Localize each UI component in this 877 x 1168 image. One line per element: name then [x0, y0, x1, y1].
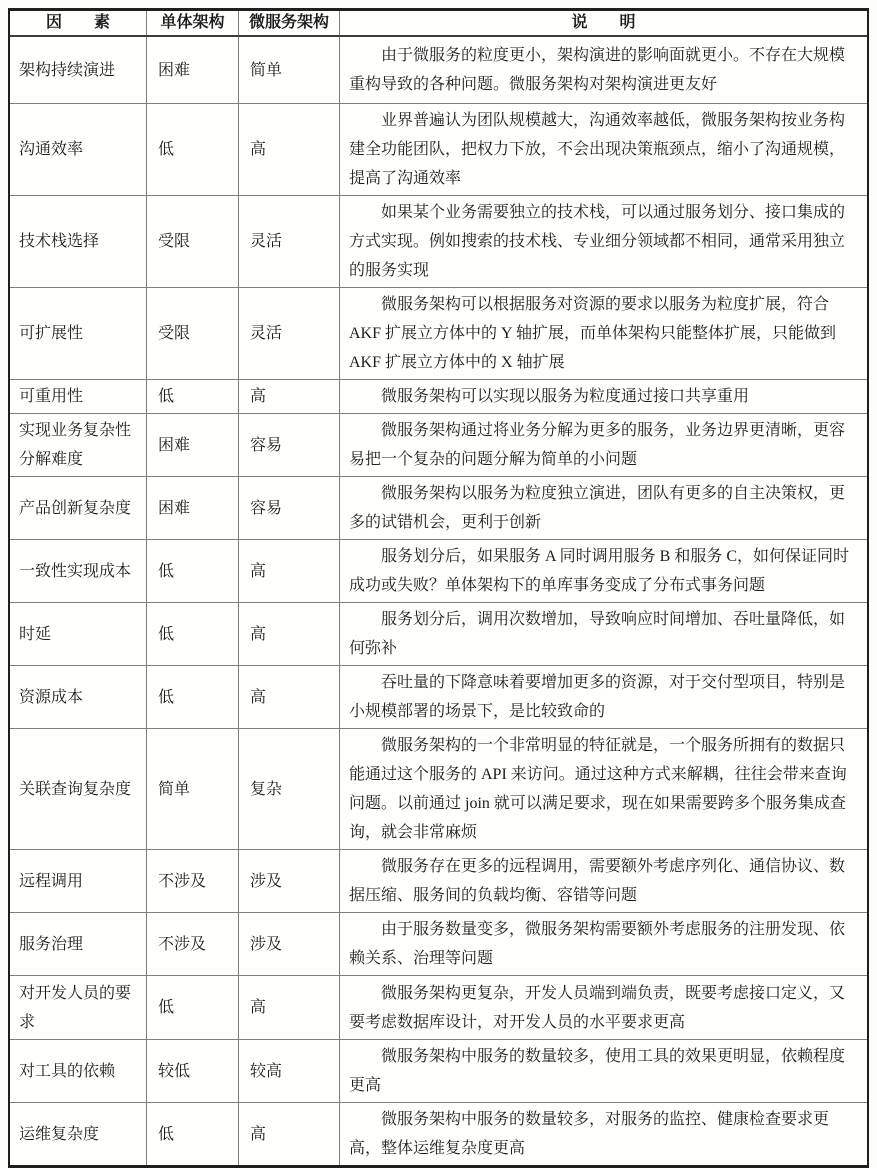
table-row: 对开发人员的要求 低 高 微服务架构更复杂，开发人员端到端负责，既要考虑接口定义…	[10, 976, 867, 1040]
microservice-cell: 简单	[239, 37, 340, 103]
description-cell: 微服务存在更多的远程调用，需要额外考虑序列化、通信协议、数据压缩、服务间的负载均…	[340, 850, 867, 912]
table-row: 沟通效率 低 高 业界普遍认为团队规模越大，沟通效率越低，微服务架构按业务构建全…	[10, 104, 867, 196]
microservice-cell: 高	[239, 666, 340, 728]
description-cell: 微服务架构可以根据服务对资源的要求以服务为粒度扩展，符合 AKF 扩展立方体中的…	[340, 288, 867, 379]
description-cell: 业界普遍认为团队规模越大，沟通效率越低，微服务架构按业务构建全功能团队，把权力下…	[340, 104, 867, 195]
description-cell: 服务划分后，如果服务 A 同时调用服务 B 和服务 C，如何保证同时成功或失败？…	[340, 540, 867, 602]
monolith-cell: 低	[147, 666, 239, 728]
factor-cell: 时延	[10, 603, 147, 665]
microservice-cell: 容易	[239, 414, 340, 476]
header-microservice-label: 微服务架构	[249, 12, 329, 34]
description-text: 业界普遍认为团队规模越大，沟通效率越低，微服务架构按业务构建全功能团队，把权力下…	[349, 106, 859, 193]
table-row: 运维复杂度 低 高 微服务架构中服务的数量较多，对服务的监控、健康检查要求更高，…	[10, 1103, 867, 1165]
factor-label: 沟通效率	[19, 135, 142, 164]
table-row: 技术栈选择 受限 灵活 如果某个业务需要独立的技术栈，可以通过服务划分、接口集成…	[10, 196, 867, 288]
monolith-value: 不涉及	[158, 867, 234, 896]
microservice-cell: 涉及	[239, 913, 340, 975]
monolith-cell: 困难	[147, 414, 239, 476]
header-cell-description: 说 明	[340, 11, 867, 35]
description-cell: 微服务架构以服务为粒度独立演进，团队有更多的自主决策权，更多的试错机会，更利于创…	[340, 477, 867, 539]
table-row: 服务治理 不涉及 涉及 由于服务数量变多，微服务架构需要额外考虑服务的注册发现、…	[10, 913, 867, 976]
microservice-value: 高	[250, 1120, 335, 1149]
header-cell-microservice: 微服务架构	[239, 11, 340, 35]
monolith-cell: 困难	[147, 37, 239, 103]
description-text: 微服务架构以服务为粒度独立演进，团队有更多的自主决策权，更多的试错机会，更利于创…	[349, 479, 859, 537]
microservice-value: 涉及	[250, 930, 335, 959]
microservice-value: 容易	[250, 494, 335, 523]
microservice-value: 容易	[250, 431, 335, 460]
description-text: 微服务架构通过将业务分解为更多的服务，业务边界更清晰，更容易把一个复杂的问题分解…	[349, 416, 859, 474]
description-text: 由于微服务的粒度更小，架构演进的影响面就更小。不存在大规模重构导致的各种问题。微…	[349, 41, 859, 99]
monolith-value: 低	[158, 620, 234, 649]
microservice-cell: 高	[239, 380, 340, 413]
microservice-value: 高	[250, 993, 335, 1022]
monolith-value: 困难	[158, 494, 234, 523]
description-text: 微服务存在更多的远程调用，需要额外考虑序列化、通信协议、数据压缩、服务间的负载均…	[349, 852, 859, 910]
description-text: 由于服务数量变多，微服务架构需要额外考虑服务的注册发现、依赖关系、治理等问题	[349, 915, 859, 973]
monolith-value: 简单	[158, 775, 234, 804]
factor-label: 远程调用	[19, 867, 142, 896]
monolith-cell: 低	[147, 603, 239, 665]
factor-cell: 实现业务复杂性分解难度	[10, 414, 147, 476]
factor-label: 架构持续演进	[19, 56, 142, 85]
table-row: 实现业务复杂性分解难度 困难 容易 微服务架构通过将业务分解为更多的服务，业务边…	[10, 414, 867, 477]
description-text: 如果某个业务需要独立的技术栈，可以通过服务划分、接口集成的方式实现。例如搜索的技…	[349, 198, 859, 285]
factor-cell: 对工具的依赖	[10, 1040, 147, 1102]
description-cell: 如果某个业务需要独立的技术栈，可以通过服务划分、接口集成的方式实现。例如搜索的技…	[340, 196, 867, 287]
microservice-cell: 高	[239, 976, 340, 1039]
monolith-cell: 低	[147, 976, 239, 1039]
factor-label: 可重用性	[19, 382, 142, 411]
factor-label: 对开发人员的要求	[19, 979, 142, 1037]
microservice-value: 高	[250, 557, 335, 586]
factor-cell: 技术栈选择	[10, 196, 147, 287]
microservice-cell: 灵活	[239, 196, 340, 287]
factor-cell: 架构持续演进	[10, 37, 147, 103]
monolith-value: 较低	[158, 1057, 234, 1086]
microservice-value: 高	[250, 683, 335, 712]
factor-cell: 服务治理	[10, 913, 147, 975]
monolith-cell: 低	[147, 380, 239, 413]
description-cell: 由于服务数量变多，微服务架构需要额外考虑服务的注册发现、依赖关系、治理等问题	[340, 913, 867, 975]
factor-label: 资源成本	[19, 683, 142, 712]
monolith-value: 低	[158, 557, 234, 586]
header-factor-label: 因 素	[46, 12, 110, 34]
factor-cell: 远程调用	[10, 850, 147, 912]
description-text: 微服务架构更复杂，开发人员端到端负责，既要考虑接口定义，又要考虑数据库设计，对开…	[349, 979, 859, 1037]
factor-cell: 可扩展性	[10, 288, 147, 379]
microservice-value: 灵活	[250, 319, 335, 348]
architecture-comparison-table: 因 素 单体架构 微服务架构 说 明 架构持续演进 困难 简单 由于微服务的粒度…	[8, 8, 869, 1168]
factor-label: 实现业务复杂性分解难度	[19, 416, 142, 474]
document-page: 因 素 单体架构 微服务架构 说 明 架构持续演进 困难 简单 由于微服务的粒度…	[0, 0, 877, 1022]
description-text: 服务划分后，调用次数增加，导致响应时间增加、吞吐量降低，如何弥补	[349, 605, 859, 663]
monolith-cell: 较低	[147, 1040, 239, 1102]
microservice-cell: 高	[239, 603, 340, 665]
monolith-value: 困难	[158, 56, 234, 85]
microservice-cell: 高	[239, 1103, 340, 1165]
table-row: 对工具的依赖 较低 较高 微服务架构中服务的数量较多，使用工具的效果更明显，依赖…	[10, 1040, 867, 1103]
factor-label: 对工具的依赖	[19, 1057, 142, 1086]
factor-label: 运维复杂度	[19, 1120, 142, 1149]
description-text: 微服务架构中服务的数量较多，使用工具的效果更明显，依赖程度更高	[349, 1042, 859, 1100]
microservice-cell: 高	[239, 540, 340, 602]
monolith-value: 受限	[158, 319, 234, 348]
monolith-value: 受限	[158, 227, 234, 256]
description-text: 微服务架构可以根据服务对资源的要求以服务为粒度扩展，符合 AKF 扩展立方体中的…	[349, 290, 859, 377]
description-cell: 吞吐量的下降意味着要增加更多的资源，对于交付型项目，特别是小规模部署的场景下，是…	[340, 666, 867, 728]
monolith-cell: 困难	[147, 477, 239, 539]
microservice-value: 高	[250, 382, 335, 411]
description-cell: 微服务架构通过将业务分解为更多的服务，业务边界更清晰，更容易把一个复杂的问题分解…	[340, 414, 867, 476]
table-row: 时延 低 高 服务划分后，调用次数增加，导致响应时间增加、吞吐量降低，如何弥补	[10, 603, 867, 666]
description-cell: 服务划分后，调用次数增加，导致响应时间增加、吞吐量降低，如何弥补	[340, 603, 867, 665]
monolith-value: 低	[158, 993, 234, 1022]
factor-cell: 资源成本	[10, 666, 147, 728]
factor-label: 技术栈选择	[19, 227, 142, 256]
factor-cell: 关联查询复杂度	[10, 729, 147, 849]
monolith-cell: 简单	[147, 729, 239, 849]
monolith-cell: 不涉及	[147, 913, 239, 975]
table-header-row: 因 素 单体架构 微服务架构 说 明	[10, 11, 867, 37]
table-row: 关联查询复杂度 简单 复杂 微服务架构的一个非常明显的特征就是，一个服务所拥有的…	[10, 729, 867, 850]
table-row: 一致性实现成本 低 高 服务划分后，如果服务 A 同时调用服务 B 和服务 C，…	[10, 540, 867, 603]
description-cell: 微服务架构可以实现以服务为粒度通过接口共享重用	[340, 380, 867, 413]
microservice-value: 涉及	[250, 867, 335, 896]
monolith-value: 低	[158, 135, 234, 164]
monolith-cell: 受限	[147, 288, 239, 379]
description-text: 微服务架构可以实现以服务为粒度通过接口共享重用	[349, 382, 859, 411]
monolith-value: 困难	[158, 431, 234, 460]
description-text: 微服务架构中服务的数量较多，对服务的监控、健康检查要求更高，整体运维复杂度更高	[349, 1105, 859, 1163]
description-cell: 微服务架构的一个非常明显的特征就是，一个服务所拥有的数据只能通过这个服务的 AP…	[340, 729, 867, 849]
description-cell: 微服务架构中服务的数量较多，使用工具的效果更明显，依赖程度更高	[340, 1040, 867, 1102]
monolith-value: 低	[158, 683, 234, 712]
monolith-cell: 低	[147, 1103, 239, 1165]
description-cell: 微服务架构中服务的数量较多，对服务的监控、健康检查要求更高，整体运维复杂度更高	[340, 1103, 867, 1165]
description-cell: 微服务架构更复杂，开发人员端到端负责，既要考虑接口定义，又要考虑数据库设计，对开…	[340, 976, 867, 1039]
microservice-value: 复杂	[250, 775, 335, 804]
table-row: 资源成本 低 高 吞吐量的下降意味着要增加更多的资源，对于交付型项目，特别是小规…	[10, 666, 867, 729]
monolith-value: 低	[158, 1120, 234, 1149]
factor-label: 一致性实现成本	[19, 557, 142, 586]
factor-label: 关联查询复杂度	[19, 775, 142, 804]
microservice-cell: 复杂	[239, 729, 340, 849]
monolith-cell: 低	[147, 104, 239, 195]
microservice-cell: 容易	[239, 477, 340, 539]
factor-cell: 对开发人员的要求	[10, 976, 147, 1039]
factor-cell: 运维复杂度	[10, 1103, 147, 1165]
description-text: 吞吐量的下降意味着要增加更多的资源，对于交付型项目，特别是小规模部署的场景下，是…	[349, 668, 859, 726]
factor-cell: 沟通效率	[10, 104, 147, 195]
microservice-cell: 涉及	[239, 850, 340, 912]
table-row: 可重用性 低 高 微服务架构可以实现以服务为粒度通过接口共享重用	[10, 380, 867, 414]
microservice-value: 灵活	[250, 227, 335, 256]
header-cell-factor: 因 素	[10, 11, 147, 35]
table-row: 架构持续演进 困难 简单 由于微服务的粒度更小，架构演进的影响面就更小。不存在大…	[10, 37, 867, 104]
microservice-value: 简单	[250, 56, 335, 85]
factor-label: 服务治理	[19, 930, 142, 959]
monolith-cell: 受限	[147, 196, 239, 287]
factor-cell: 一致性实现成本	[10, 540, 147, 602]
microservice-cell: 灵活	[239, 288, 340, 379]
table-row: 远程调用 不涉及 涉及 微服务存在更多的远程调用，需要额外考虑序列化、通信协议、…	[10, 850, 867, 913]
monolith-cell: 低	[147, 540, 239, 602]
factor-label: 可扩展性	[19, 319, 142, 348]
table-row: 可扩展性 受限 灵活 微服务架构可以根据服务对资源的要求以服务为粒度扩展，符合 …	[10, 288, 867, 380]
factor-cell: 产品创新复杂度	[10, 477, 147, 539]
table-row: 产品创新复杂度 困难 容易 微服务架构以服务为粒度独立演进，团队有更多的自主决策…	[10, 477, 867, 540]
factor-label: 产品创新复杂度	[19, 494, 142, 523]
header-cell-monolith: 单体架构	[147, 11, 239, 35]
monolith-value: 低	[158, 382, 234, 411]
microservice-value: 高	[250, 135, 335, 164]
description-cell: 由于微服务的粒度更小，架构演进的影响面就更小。不存在大规模重构导致的各种问题。微…	[340, 37, 867, 103]
factor-cell: 可重用性	[10, 380, 147, 413]
microservice-cell: 较高	[239, 1040, 340, 1102]
monolith-cell: 不涉及	[147, 850, 239, 912]
header-description-label: 说 明	[571, 12, 635, 34]
factor-label: 时延	[19, 620, 142, 649]
microservice-value: 较高	[250, 1057, 335, 1086]
description-text: 服务划分后，如果服务 A 同时调用服务 B 和服务 C，如何保证同时成功或失败？…	[349, 542, 859, 600]
monolith-value: 不涉及	[158, 930, 234, 959]
header-monolith-label: 单体架构	[160, 12, 224, 34]
description-text: 微服务架构的一个非常明显的特征就是，一个服务所拥有的数据只能通过这个服务的 AP…	[349, 731, 859, 847]
microservice-value: 高	[250, 620, 335, 649]
microservice-cell: 高	[239, 104, 340, 195]
